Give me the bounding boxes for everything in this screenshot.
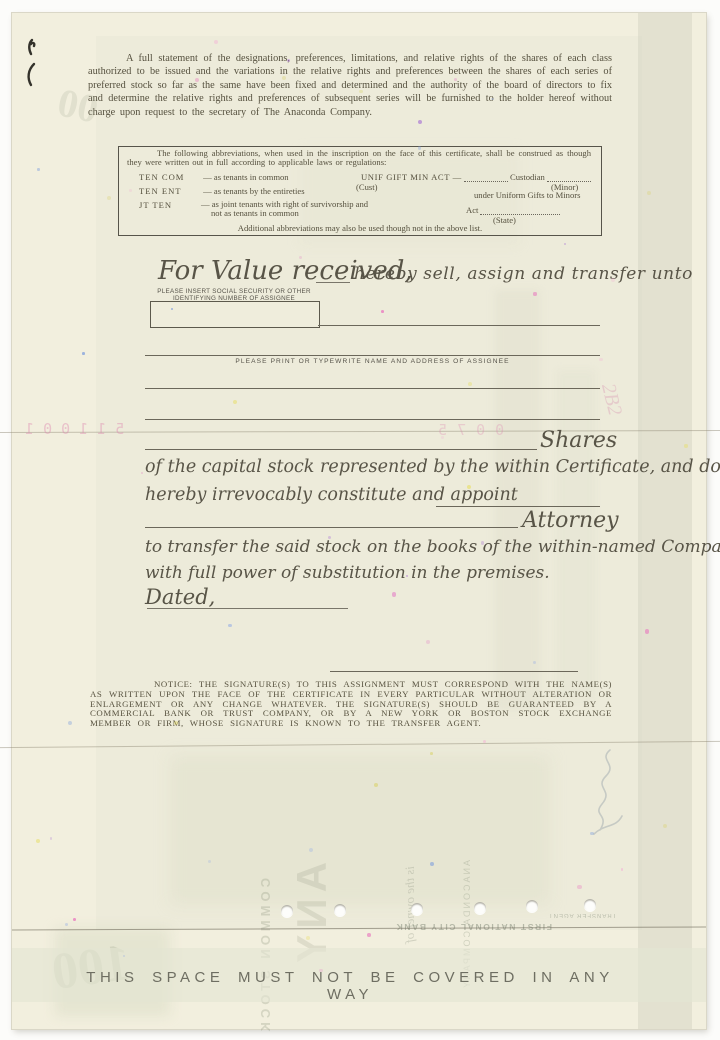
abbrev-term: JT TEN — [139, 200, 201, 218]
ssn-entry-box — [150, 301, 320, 328]
ssn-instruction-line1: PLEASE INSERT SOCIAL SECURITY OR OTHER — [146, 288, 322, 295]
abbrev-term: TEN COM — [139, 172, 201, 182]
assignment-line2: hereby irrevocably constitute and appoin… — [145, 485, 518, 505]
dated-text: Dated, — [145, 585, 215, 609]
punch-hole — [474, 902, 486, 914]
dotted-leader — [547, 174, 591, 182]
assignment-line3: to transfer the said stock on the books … — [145, 537, 720, 557]
abbrev-meaning: — as tenants by the entireties — [203, 186, 304, 196]
assignee-rule-1 — [318, 325, 600, 326]
blank-segment — [316, 282, 350, 283]
under-uniform-label: under Uniform Gifts to Minors — [474, 190, 580, 200]
abbrev-meaning: — as tenants in common — [203, 172, 288, 182]
signature-rule — [330, 671, 578, 672]
dated-rule — [147, 608, 348, 609]
appoint-rule — [436, 506, 600, 507]
punch-hole — [526, 900, 538, 912]
attorney-rule — [145, 527, 518, 528]
abbrev-row-ten-com: TEN COM — as tenants in common — [139, 172, 289, 182]
punch-hole — [411, 903, 423, 915]
attorney-text: Attorney — [522, 508, 619, 533]
statement-paragraph: A full statement of the designations, pr… — [88, 52, 612, 119]
abbreviations-intro: The following abbreviations, when used i… — [127, 149, 591, 168]
assignment-line4: with full power of substitution in the p… — [145, 563, 550, 583]
assignee-rule-3 — [145, 388, 600, 389]
cust-label: (Cust) — [356, 182, 377, 192]
shares-text: Shares — [540, 428, 617, 453]
abbrev-meaning: — as joint tenants with right of survivo… — [201, 200, 373, 218]
punch-hole — [281, 905, 293, 917]
abbrev-row-jt-ten: JT TEN — as joint tenants with right of … — [139, 200, 373, 218]
dotted-leader — [480, 207, 560, 215]
assignee-rule-2 — [145, 355, 600, 356]
sell-assign-text: hereby sell, assign and transfer unto — [354, 264, 693, 284]
custodian-label: Custodian — [510, 172, 545, 182]
dotted-leader — [464, 174, 508, 182]
unif-gift-row: UNIF GIFT MIN ACT — Custodian — [361, 172, 593, 182]
punch-hole — [334, 904, 346, 916]
print-name-instruction: PLEASE PRINT OR TYPEWRITE NAME AND ADDRE… — [145, 358, 600, 365]
abbrev-row-ten-ent: TEN ENT — as tenants by the entireties — [139, 186, 305, 196]
assignment-line1: of the capital stock represented by the … — [145, 457, 720, 477]
notice-paragraph: NOTICE: THE SIGNATURE(S) TO THIS ASSIGNM… — [90, 680, 612, 729]
abbreviations-box: The following abbreviations, when used i… — [118, 146, 602, 236]
act-row: Act — [466, 205, 562, 215]
assignee-rule-4 — [145, 419, 600, 420]
punch-hole — [584, 899, 596, 911]
ink-mark-icon — [22, 38, 44, 88]
unif-gift-label: UNIF GIFT MIN ACT — — [361, 172, 462, 182]
abbreviations-footer: Additional abbreviations may also be use… — [119, 223, 601, 233]
act-label: Act — [466, 205, 478, 215]
shares-rule — [145, 449, 537, 450]
do-not-cover-warning: THIS SPACE MUST NOT BE COVERED IN ANY WA… — [70, 969, 630, 1003]
scanned-certificate-back: A full statement of the designations, pr… — [0, 0, 720, 1040]
abbrev-term: TEN ENT — [139, 186, 201, 196]
